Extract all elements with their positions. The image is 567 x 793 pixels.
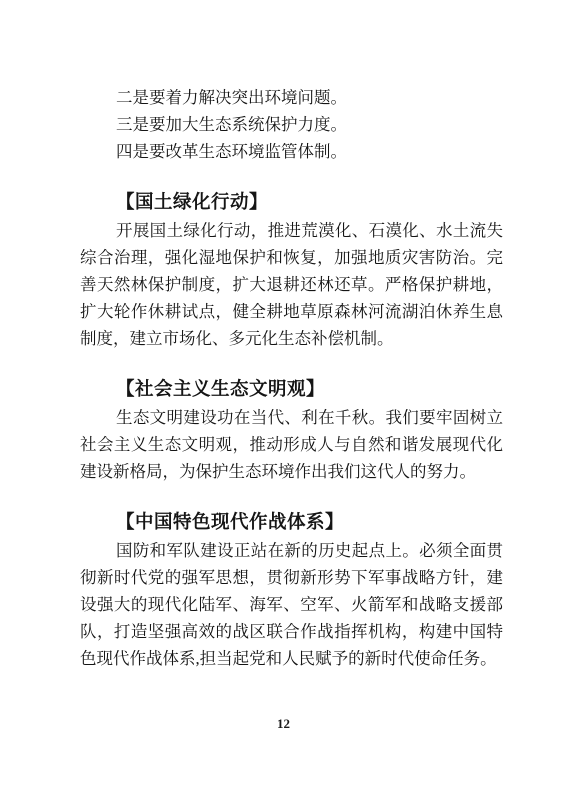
section-combat-system: 【中国特色现代作战体系】 国防和军队建设正站在新的历史起点上。必须全面贯 彻新时… (80, 510, 503, 672)
paragraph-line: 开展国土绿化行动，推进荒漠化、石漠化、水土流失 (80, 217, 503, 244)
paragraph-line: 色现代作战体系,担当起党和人民赋予的新时代使命任务。 (80, 645, 503, 672)
section-eco-civilization: 【社会主义生态文明观】 生态文明建设功在当代、利在千秋。我们要牢固树立 社会主义… (80, 377, 503, 485)
section-heading: 【中国特色现代作战体系】 (80, 510, 503, 537)
intro-line: 四是要改革生态环境监管体制。 (80, 138, 503, 165)
section-heading: 【国土绿化行动】 (80, 190, 503, 217)
paragraph-line: 社会主义生态文明观，推动形成人与自然和谐发展现代化 (80, 431, 503, 458)
paragraph-line: 国防和军队建设正站在新的历史起点上。必须全面贯 (80, 537, 503, 564)
section-heading: 【社会主义生态文明观】 (80, 377, 503, 404)
paragraph-line: 制度，建立市场化、多元化生态补偿机制。 (80, 325, 503, 352)
paragraph-line: 队，打造坚强高效的战区联合作战指挥机构，构建中国特 (80, 618, 503, 645)
intro-list: 二是要着力解决突出环境问题。 三是要加大生态系统保护力度。 四是要改革生态环境监… (80, 84, 503, 165)
paragraph-line: 建设新格局，为保护生态环境作出我们这代人的努力。 (80, 458, 503, 485)
document-page: 二是要着力解决突出环境问题。 三是要加大生态系统保护力度。 四是要改革生态环境监… (0, 0, 567, 793)
text-content: 二是要着力解决突出环境问题。 三是要加大生态系统保护力度。 四是要改革生态环境监… (80, 84, 503, 672)
paragraph-line: 善天然林保护制度，扩大退耕还林还草。严格保护耕地， (80, 271, 503, 298)
paragraph-line: 生态文明建设功在当代、利在千秋。我们要牢固树立 (80, 404, 503, 431)
paragraph-line: 设强大的现代化陆军、海军、空军、火箭军和战略支援部 (80, 591, 503, 618)
page-number: 12 (0, 716, 567, 732)
intro-line: 三是要加大生态系统保护力度。 (80, 111, 503, 138)
intro-line: 二是要着力解决突出环境问题。 (80, 84, 503, 111)
paragraph-line: 彻新时代党的强军思想，贯彻新形势下军事战略方针，建 (80, 564, 503, 591)
paragraph-line: 综合治理，强化湿地保护和恢复，加强地质灾害防治。完 (80, 244, 503, 271)
paragraph-line: 扩大轮作休耕试点，健全耕地草原森林河流湖泊休养生息 (80, 298, 503, 325)
section-land-greening: 【国土绿化行动】 开展国土绿化行动，推进荒漠化、石漠化、水土流失 综合治理，强化… (80, 190, 503, 352)
